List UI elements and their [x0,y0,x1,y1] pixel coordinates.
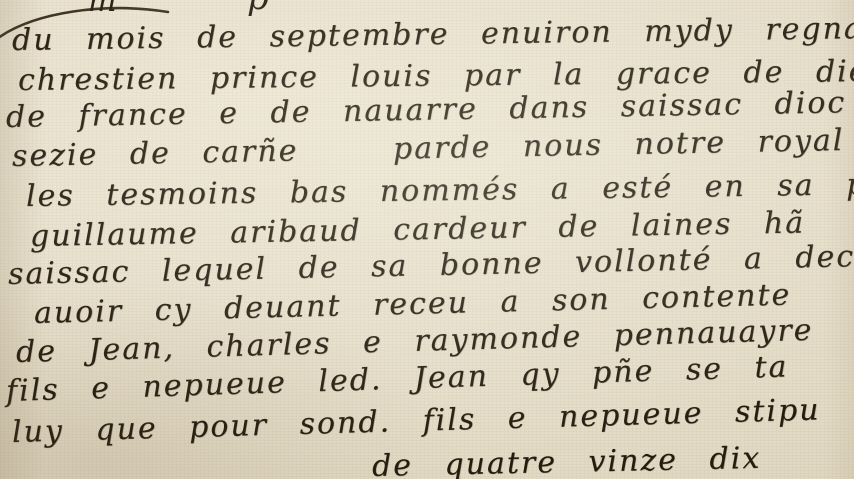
manuscript-line: de quatre vinze dix [372,444,762,479]
manuscript-line: du mois de septembre enuiron mydy regna [12,14,854,56]
manuscript-page: chrestien prince louis par la grace de d… [0,0,854,479]
manuscript-line: les tesmoins bas nommés a esté en sa per… [26,169,854,212]
cropped-line-fragment: m [88,0,116,19]
cropped-line-fragment: p [247,0,269,18]
cropped-line-fragment: 6 [725,0,750,8]
